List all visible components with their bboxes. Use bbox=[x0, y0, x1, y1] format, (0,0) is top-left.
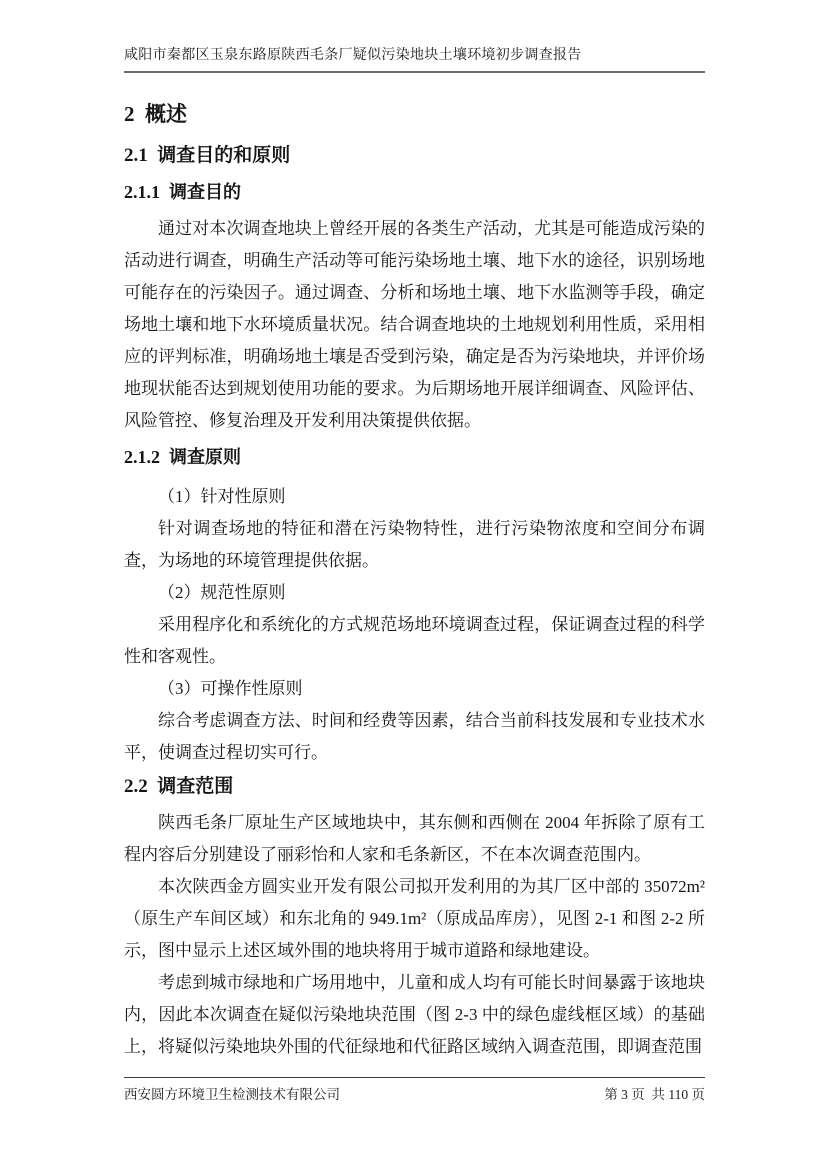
document-page: 咸阳市秦都区玉泉东路原陕西毛条厂疑似污染地块土壤环境初步调查报告 2 概述 2.… bbox=[0, 0, 827, 1169]
paragraph-scope-1: 陕西毛条厂原址生产区域地块中，其东侧和西侧在 2004 年拆除了原有工程内容后分… bbox=[124, 807, 705, 871]
footer-page-number: 第 3 页 共 110 页 bbox=[604, 1086, 705, 1103]
principle-3-text: 综合考虑调查方法、时间和经费等因素，结合当前科技发展和专业技术水平，使调查过程切… bbox=[124, 705, 705, 769]
heading-survey-scope: 2.2 调查范围 bbox=[124, 774, 705, 800]
heading-survey-principles: 2.1.2 调查原则 bbox=[124, 445, 705, 469]
paragraph-scope-3: 考虑到城市绿地和广场用地中，儿童和成人均有可能长时间暴露于该地块内，因此本次调查… bbox=[124, 967, 705, 1063]
paragraph-scope-2: 本次陕西金方圆实业开发有限公司拟开发利用的为其厂区中部的 35072m²（原生产… bbox=[124, 871, 705, 967]
page-footer: 西安圆方环境卫生检测技术有限公司 第 3 页 共 110 页 bbox=[124, 1077, 705, 1103]
principle-1-text: 针对调查场地的特征和潜在污染物特性，进行污染物浓度和空间分布调查，为场地的环境管… bbox=[124, 513, 705, 577]
heading-overview: 2 概述 bbox=[124, 100, 705, 128]
page-header: 咸阳市秦都区玉泉东路原陕西毛条厂疑似污染地块土壤环境初步调查报告 bbox=[124, 47, 705, 73]
heading-purpose-and-principles: 2.1 调查目的和原则 bbox=[124, 143, 705, 169]
principle-1-label: （1）针对性原则 bbox=[124, 481, 705, 513]
heading-survey-purpose: 2.1.1 调查目的 bbox=[124, 180, 705, 204]
header-title: 咸阳市秦都区玉泉东路原陕西毛条厂疑似污染地块土壤环境初步调查报告 bbox=[124, 47, 705, 65]
principle-2-text: 采用程序化和系统化的方式规范场地环境调查过程，保证调查过程的科学性和客观性。 bbox=[124, 609, 705, 673]
principle-2-label: （2）规范性原则 bbox=[124, 577, 705, 609]
paragraph-survey-purpose: 通过对本次调查地块上曾经开展的各类生产活动，尤其是可能造成污染的活动进行调查，明… bbox=[124, 213, 705, 437]
document-body: 2 概述 2.1 调查目的和原则 2.1.1 调查目的 通过对本次调查地块上曾经… bbox=[0, 0, 827, 1063]
principle-3-label: （3）可操作性原则 bbox=[124, 673, 705, 705]
footer-company-name: 西安圆方环境卫生检测技术有限公司 bbox=[124, 1086, 340, 1103]
